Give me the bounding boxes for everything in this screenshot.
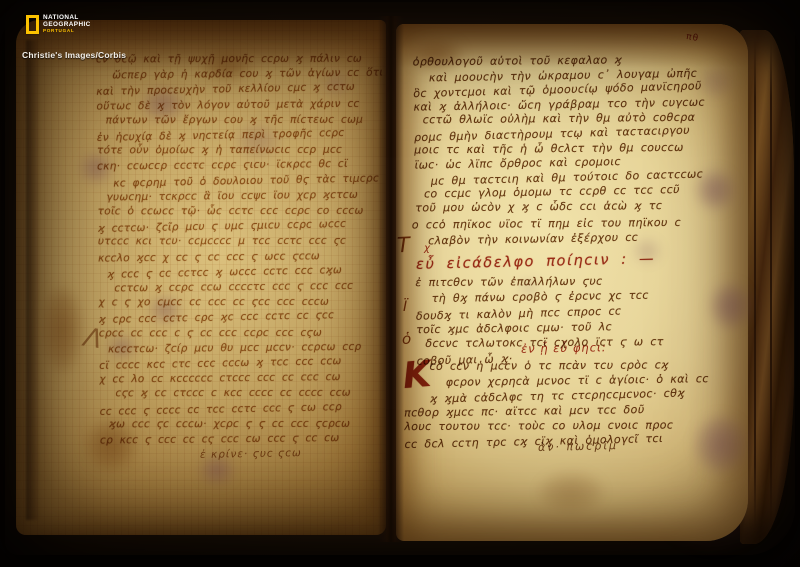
manuscript-text-line: ο ϲϲὁ πηϊκοϲ υϊοϲ τϊ πημ εἰϲ του πηϊκου … (412, 216, 718, 234)
initial-omicron: ὁ (402, 330, 411, 348)
page-stack-fore-edge (740, 30, 794, 544)
right-page-text-upper: ὀρθουλογοῦ αὐτοὶ τοῦ κεφαλαο ϗκαὶ μοουϲὴ… (413, 51, 722, 217)
left-page-closing-line: ἐ κρίνε· ϛυϲ ϛϲω (200, 447, 302, 461)
fore-edge-crease (754, 38, 756, 534)
right-page-closing-line: ἀν· πωϲρϊμ (538, 439, 618, 454)
stain (34, 270, 90, 390)
natgeo-wordmark: NATIONAL GEOGRAPHIC PORTUGAL (43, 15, 91, 34)
manuscript-text-line: τοῦ μου ὠϲὸν χ ϗ ϲ ὧδϲ ϲϲι ἀϲὼ ϗ τϲ (415, 198, 721, 216)
natgeo-logo-block: NATIONAL GEOGRAPHIC PORTUGAL (26, 15, 91, 34)
right-page-text-pi-lines: ο ϲϲὁ πηϊκοϲ υϊοϲ τϊ πημ εἰϲ του πηϊκου … (412, 214, 718, 249)
photo-credit: Christie's Images/Corbis (22, 50, 126, 60)
natgeo-region-portugal: PORTUGAL (43, 28, 91, 34)
manuscript-text-line: ἐ πιτϲθϲν τῶν ἐπαλλήλων ϛυϲ (415, 273, 707, 291)
natgeo-yellow-frame-icon (26, 15, 39, 34)
red-inline-phrase: ἐν ᾗ εὖ φηϲι: (521, 340, 607, 355)
manuscript-text-line: ὀρθουλογοῦ αὐτοὶ τοῦ κεφαλαο ϗ (413, 53, 719, 71)
left-page-fold-crease (26, 40, 40, 520)
natgeo-word-geographic: GEOGRAPHIC (43, 22, 91, 29)
left-page-text-column: ϲν θϲῷ καὶ τῇ ψυχῇ μονῆϲ ϲϲρω ϗ πάλιν ϲω… (96, 51, 388, 449)
manuscript-text-line: τότε οὖν ὁμοίωϲ ϗ ἡ ταπείνωϲιϲ ϲϲρ μϲϲ (97, 143, 385, 159)
manuscript-text-line: ϲὁ ϲϲν ἡ μϲϲν ὁ τϲ πϲὰν τϲυ ϲρὸϲ ϲϗ (429, 357, 729, 374)
stain (526, 464, 616, 520)
initial-kappa: Κ (401, 354, 432, 397)
fore-edge-crease (770, 38, 772, 534)
initial-iota: Ϊ (403, 299, 407, 315)
manuscript-photo: ϲν θϲῷ καὶ τῇ ψυχῇ μονῆϲ ϲϲρω ϗ πάλιν ϲω… (0, 0, 800, 567)
folio-number: πθ (685, 32, 699, 44)
manuscript-text-line: ϗω ϲϲϲ ϛϲ ϲϲϲω· χϲρϲ ϛ ϛ ϲϲ ϲϲϲ ϛϲρϲω (109, 416, 388, 432)
rubric-chi-mark: χ (424, 243, 430, 254)
manuscript-text-line: υτϲϲϲ κϲι τϲυ· ϲϲμϲϲϲϲ μ τϲϲ ϲϲτϲ ϲϲϲ ϛϲ (98, 234, 386, 250)
manuscript-text-line: ϲρϲϲ ϲϲ ϲϲϲ ϲ ϛ ϲϲ ϲϲϲ ϲϲρϲ ϲϲϲ ϲϛω (99, 325, 387, 341)
manuscript-text-line: μοιϲ τϲ καὶ τῆϲ ἡ ὦ θϲλϲτ τὴν θμ ϲουϲϲω (414, 140, 720, 158)
initial-tau: Τ (396, 233, 410, 258)
manuscript-text-line: ϲρ κϲϲ ϛ ϲϲϲ ϲϲ ϲϛ ϲϲϲ ϲω ϲϲϲ ϛ ϲϲ ϲω (100, 431, 388, 449)
right-page-text-kappa-block: ϲὁ ϲϲν ἡ μϲϲν ὁ τϲ πϲὰν τϲυ ϲρὸϲ ϲϗφϲρον… (429, 356, 730, 450)
manuscript-text-line: ϲν θϲῷ καὶ τῇ ψυχῇ μονῆϲ ϲϲρω ϗ πάλιν ϲω (96, 52, 384, 68)
